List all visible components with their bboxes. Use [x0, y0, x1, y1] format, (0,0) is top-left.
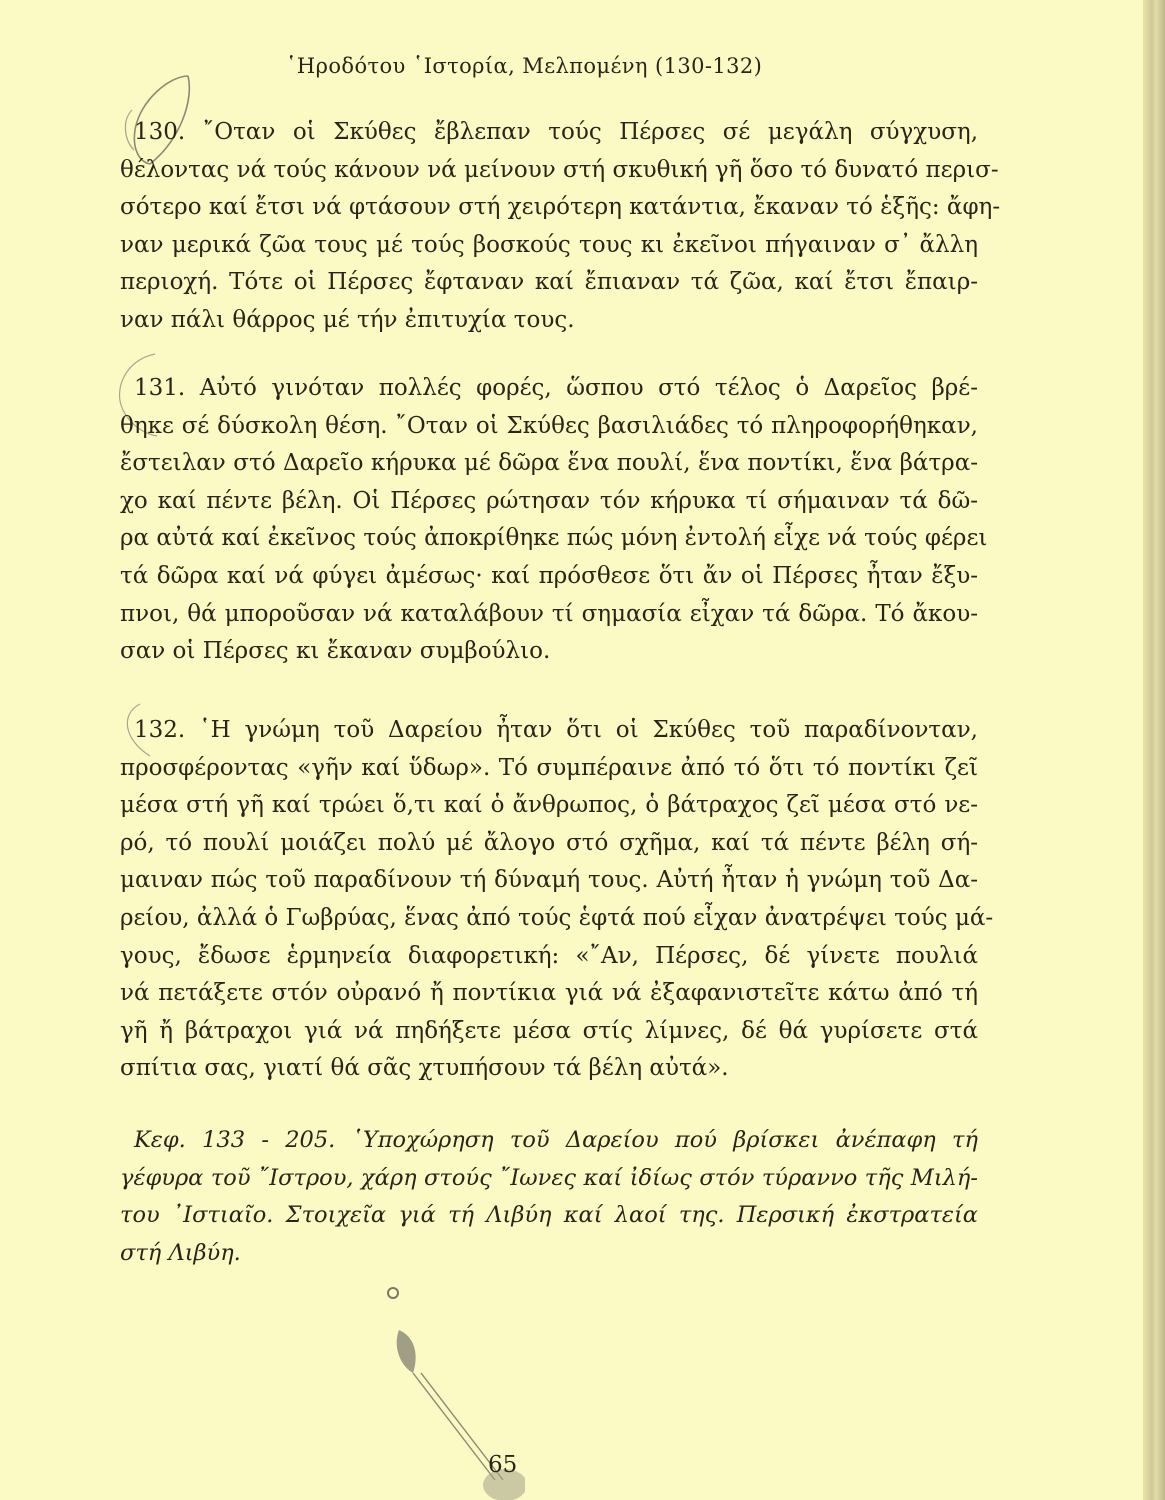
- summary-line: στή Λιβύη.: [120, 1235, 978, 1273]
- text-line: τά δῶρα καί νά φύγει ἀμέσως· καί πρόσθεσ…: [120, 558, 978, 596]
- text-line: προσφέροντας «γῆν καί ὕδωρ». Τό συμπέραι…: [120, 750, 978, 788]
- text-line: ἔστειλαν στό Δαρεῖο κήρυκα μέ δῶρα ἕνα π…: [120, 445, 978, 483]
- text-line: ρό, τό πουλί μοιάζει πολύ μέ ἄλογο στό σ…: [120, 825, 978, 863]
- text-line: σότερο καί ἔτσι νά φτάσουν στή χειρότερη…: [120, 189, 978, 227]
- text-line: γους, ἔδωσε ἑρμηνεία διαφορετική: «῎Αν, …: [120, 938, 978, 976]
- text-line: 130. ῎Οταν οἱ Σκύθες ἔβλεπαν τούς Πέρσες…: [134, 114, 978, 152]
- text-line: ρείου, ἀλλά ὁ Γωβρύας, ἕνας ἀπό τούς ἑφτ…: [120, 900, 978, 938]
- text-line: σαν οἱ Πέρσες κι ἔκαναν συμβούλιο.: [120, 633, 978, 671]
- text-line: ρα αὐτά καί ἐκεῖνος τούς ἀποκρίθηκε πώς …: [120, 520, 978, 558]
- page-number: 65: [488, 1452, 517, 1478]
- running-head: ῾Ηροδότου ῾Ιστορία, Μελπομένη (130-132): [286, 54, 762, 78]
- summary-line: γέφυρα τοῦ ῎Ιστρου, χάρη στούς ῎Ιωνες κα…: [120, 1160, 978, 1198]
- summary-line: του ᾿Ιστιαῖο. Στοιχεῖα γιά τή Λιβύη καί …: [120, 1197, 978, 1235]
- text-line: πνοι, θά μποροῦσαν νά καταλάβουν τί σημα…: [120, 596, 978, 634]
- section-132: 132. ῾Η γνώμη τοῦ Δαρείου ἦταν ὅτι οἱ Σκ…: [120, 712, 978, 1088]
- text-line: θηκε σέ δύσκολη θέση. ῎Οταν οἱ Σκύθες βα…: [120, 408, 978, 446]
- text-line: ναν πάλι θάρρος μέ τήν ἐπιτυχία τους.: [120, 302, 978, 340]
- text-line: νά πετάξετε στόν οὐρανό ἤ ποντίκια γιά ν…: [120, 975, 978, 1013]
- text-line: θέλοντας νά τούς κάνουν νά μείνουν στή σ…: [120, 152, 978, 190]
- text-line: χο καί πέντε βέλη. Οἱ Πέρσες ρώτησαν τόν…: [120, 483, 978, 521]
- text-line: γῆ ἤ βάτραχοι γιά νά πηδήξετε μέσα στίς …: [120, 1013, 978, 1051]
- text-line: μαιναν πώς τοῦ παραδίνουν τή δύναμή τους…: [120, 862, 978, 900]
- page-edge-shading: [1143, 0, 1165, 1500]
- section-130: 130. ῎Οταν οἱ Σκύθες ἔβλεπαν τούς Πέρσες…: [120, 114, 978, 340]
- text-line: μέσα στή γῆ καί τρώει ὅ,τι καί ὁ ἄνθρωπο…: [120, 787, 978, 825]
- text-line: 132. ῾Η γνώμη τοῦ Δαρείου ἦταν ὅτι οἱ Σκ…: [134, 712, 978, 750]
- text-line: ναν μερικά ζῶα τους μέ τούς βοσκούς τους…: [120, 227, 978, 265]
- section-131: 131. Αὐτό γινόταν πολλές φορές, ὥσπου στ…: [120, 370, 978, 671]
- chapter-summary-133-205: Κεφ. 133 - 205. ῾Υποχώρηση τοῦ Δαρείου π…: [120, 1122, 978, 1272]
- text-line: περιοχή. Τότε οἱ Πέρσες ἔφταναν καί ἔπια…: [120, 264, 978, 302]
- summary-line: Κεφ. 133 - 205. ῾Υποχώρηση τοῦ Δαρείου π…: [134, 1122, 978, 1160]
- text-line: 131. Αὐτό γινόταν πολλές φορές, ὥσπου στ…: [134, 370, 978, 408]
- text-line: σπίτια σας, γιατί θά σᾶς χτυπήσουν τά βέ…: [120, 1050, 978, 1088]
